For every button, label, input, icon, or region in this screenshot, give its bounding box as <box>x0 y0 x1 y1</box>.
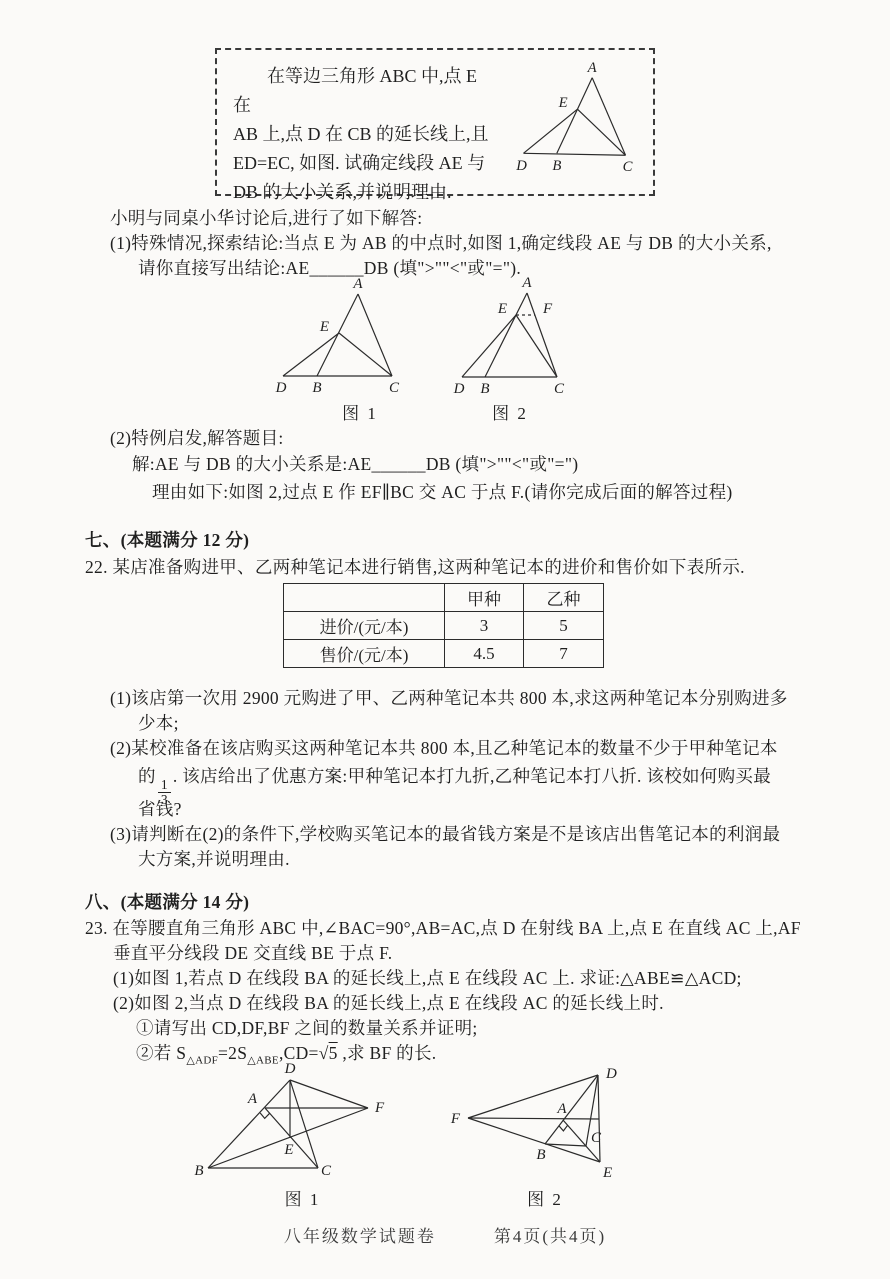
vertex-label-D: D <box>284 1062 296 1077</box>
q22-item-3-line: (3)请判断在(2)的条件下,学校购买笔记本的最省钱方案是不是该店出售笔记本的利… <box>110 822 780 846</box>
figure-2-mid: A E F D B C 图 2 <box>435 276 585 424</box>
table-cell: 售价/(元/本) <box>284 640 445 668</box>
vertex-label-B: B <box>194 1163 203 1179</box>
figure-1-bottom-drawing: D A F E B C <box>185 1062 420 1182</box>
problem-intro-box: 在等边三角形 ABC 中,点 E 在 AB 上,点 D 在 CB 的延长线上,且… <box>215 48 655 196</box>
vertex-label-D: D <box>515 158 527 174</box>
vertex-label-F: F <box>542 301 553 317</box>
q22-intro: 22. 某店准备购进甲、乙两种笔记本进行销售,这两种笔记本的进价和售价如下表所示… <box>85 555 745 579</box>
discussion-intro: 小明与同桌小华讨论后,进行了如下解答: <box>110 206 422 230</box>
sub2-part: ,CD= <box>279 1043 319 1063</box>
figure-1-caption: 图 1 <box>342 399 378 424</box>
vertex-label-A: A <box>556 1101 567 1117</box>
vertex-label-C: C <box>321 1163 332 1179</box>
vertex-label-A: A <box>352 276 363 292</box>
q23-sub-1: ①请写出 CD,DF,BF 之间的数量关系并证明; <box>136 1016 478 1040</box>
table-row: 进价/(元/本) 3 5 <box>284 612 604 640</box>
table-cell: 5 <box>524 612 604 640</box>
sub2-part: ,求 BF 的长. <box>338 1043 437 1063</box>
intro-line: DB 的大小关系,并说明理由. <box>233 178 496 207</box>
vertex-label-D: D <box>275 380 287 396</box>
q23-line2: 垂直平分线段 DE 交直线 BE 于点 F. <box>113 941 392 965</box>
figure-2-bottom: D F A B C E 图 2 <box>450 1062 640 1210</box>
table-cell: 进价/(元/本) <box>284 612 445 640</box>
figure-1-mid-drawing: A E D B C <box>255 276 465 396</box>
sub2-part: =2S <box>218 1043 247 1063</box>
vertex-label-E: E <box>497 301 507 317</box>
q-item-1-line: (1)特殊情况,探索结论:当点 E 为 AB 的中点时,如图 1,确定线段 AE… <box>110 231 772 255</box>
q-item-2-line: (2)特例启发,解答题目: <box>110 426 284 450</box>
intro-line: 在等边三角形 ABC 中,点 E 在 <box>233 62 496 120</box>
sqrt-symbol: √ <box>319 1043 329 1063</box>
figure-2-bottom-drawing: D F A B C E <box>450 1062 640 1182</box>
vertex-label-A: A <box>587 60 598 76</box>
q22-item-2-line3: 省钱? <box>138 797 182 821</box>
vertex-label-C: C <box>591 1130 602 1146</box>
sub2-part: S <box>176 1043 186 1063</box>
vertex-label-A: A <box>247 1091 258 1107</box>
q22-item-2-line: (2)某校准备在该店购买这两种笔记本共 800 本,且乙种笔记本的数量不少于甲种… <box>110 736 778 760</box>
q22-item-1-line: (1)该店第一次用 2900 元购进了甲、乙两种笔记本共 800 本,求这两种笔… <box>110 686 788 710</box>
table-cell: 4.5 <box>445 640 524 668</box>
vertex-label-B: B <box>536 1147 545 1163</box>
vertex-label-B: B <box>480 381 489 396</box>
q-item-2-reason-line: 理由如下:如图 2,过点 E 作 EF∥BC 交 AC 于点 F.(请你完成后面… <box>152 480 733 504</box>
intro-figure: A E D B C <box>496 50 653 184</box>
figure-2-bottom-caption: 图 2 <box>527 1185 563 1210</box>
intro-line: ED=EC, 如图. 试确定线段 AE 与 <box>233 149 496 178</box>
vertex-label-F: F <box>374 1100 385 1116</box>
vertex-label-E: E <box>283 1142 293 1158</box>
footer-page-number: 第4页(共4页) <box>494 1222 606 1247</box>
q23-line1: 23. 在等腰直角三角形 ABC 中,∠BAC=90°,AB=AC,点 D 在射… <box>85 916 801 940</box>
table-header-row: 甲种 乙种 <box>284 584 604 612</box>
vertex-label-C: C <box>554 381 565 396</box>
footer-title: 八年级数学试题卷 <box>284 1222 436 1247</box>
table-cell <box>284 584 445 612</box>
vertex-label-B: B <box>552 158 561 174</box>
figure-1-bottom: D A F E B C 图 1 <box>185 1062 420 1210</box>
frac-suffix: . 该店给出了优惠方案:甲种笔记本打九折,乙种笔记本打八折. 该校如何购买最 <box>173 766 771 786</box>
q-item-2-answer-line: 解:AE 与 DB 的大小关系是:AE______DB (填">""<"或"="… <box>132 452 578 476</box>
vertex-label-E: E <box>602 1165 612 1181</box>
q22-item-1-line2: 少本; <box>138 711 179 735</box>
q23-item-2: (2)如图 2,当点 D 在线段 BA 的延长线上,点 E 在线段 AC 的延长… <box>113 991 664 1015</box>
figure-1-mid: A E D B C 图 1 <box>255 276 465 424</box>
section-8-heading: 八、(本题满分 14 分) <box>85 890 249 914</box>
intro-line: AB 上,点 D 在 CB 的延长线上,且 <box>233 120 496 149</box>
fraction-numerator: 1 <box>158 778 171 793</box>
sub2-part: ②若 <box>136 1043 176 1063</box>
table-cell: 甲种 <box>445 584 524 612</box>
vertex-label-D: D <box>605 1066 617 1082</box>
sqrt-radicand: 5 <box>329 1043 338 1063</box>
vertex-label-D: D <box>453 381 465 396</box>
table-cell: 3 <box>445 612 524 640</box>
right-angle-mark <box>559 1125 568 1131</box>
figure-2-mid-drawing: A E F D B C <box>435 276 585 396</box>
price-table: 甲种 乙种 进价/(元/本) 3 5 售价/(元/本) 4.5 7 <box>283 583 604 668</box>
q22-item-3-line2: 大方案,并说明理由. <box>138 847 290 871</box>
frac-prefix: 的 <box>138 766 156 786</box>
vertex-label-A: A <box>521 276 532 291</box>
figure-1-bottom-caption: 图 1 <box>285 1185 321 1210</box>
vertex-label-B: B <box>312 380 321 396</box>
q22-item-2-line2: 的13. 该店给出了优惠方案:甲种笔记本打九折,乙种笔记本打八折. 该校如何购买… <box>138 764 771 807</box>
table-cell: 7 <box>524 640 604 668</box>
vertex-label-E: E <box>319 319 329 335</box>
table-row: 售价/(元/本) 4.5 7 <box>284 640 604 668</box>
q23-item-1: (1)如图 1,若点 D 在线段 BA 的延长线上,点 E 在线段 AC 上. … <box>113 966 742 990</box>
vertex-label-F: F <box>450 1111 461 1127</box>
section-7-heading: 七、(本题满分 12 分) <box>85 528 249 552</box>
figure-2-caption: 图 2 <box>492 399 528 424</box>
vertex-label-C: C <box>389 380 400 396</box>
vertex-label-C: C <box>623 159 633 175</box>
vertex-label-E: E <box>558 95 568 111</box>
right-angle-mark <box>260 1113 269 1118</box>
table-cell: 乙种 <box>524 584 604 612</box>
intro-text: 在等边三角形 ABC 中,点 E 在 AB 上,点 D 在 CB 的延长线上,且… <box>217 50 496 194</box>
page-footer: 八年级数学试题卷 第4页(共4页) <box>0 1222 890 1247</box>
